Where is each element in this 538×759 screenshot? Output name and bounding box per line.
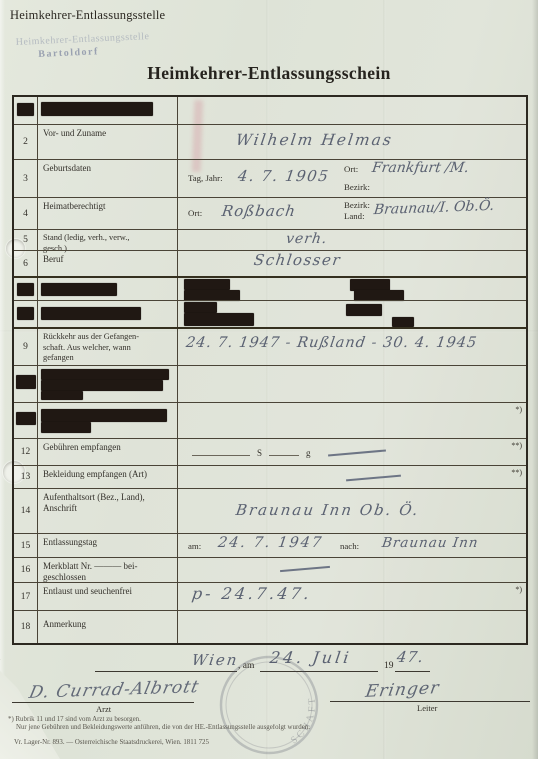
- handwritten-home-town: Roßbach: [221, 202, 297, 220]
- row-number-cell: [14, 301, 38, 327]
- row-label: Gebühren empfangen: [38, 439, 178, 465]
- handwritten-name: Wilhelm Helmas: [235, 131, 394, 149]
- office-ink-stamp: Heimkehrer-Entlassungsstelle Bartoldorf: [16, 31, 151, 62]
- row-label: Anmerkung: [38, 611, 178, 643]
- redaction-box: [392, 317, 414, 327]
- row-number: 3: [14, 160, 38, 197]
- row-number-cell: [14, 97, 38, 124]
- redaction-box: [346, 304, 382, 316]
- footnote-marker: *): [515, 405, 522, 414]
- handwritten-year: 47.: [396, 648, 425, 666]
- redaction-box: [41, 391, 83, 400]
- row-number: 14: [14, 489, 38, 533]
- row-label-cell: [38, 366, 178, 402]
- row-number: 16: [14, 558, 38, 582]
- redaction-box: [16, 412, 36, 425]
- row-number: 18: [14, 611, 38, 643]
- form-title: Heimkehrer-Entlassungsschein: [0, 63, 538, 84]
- row-label: Merkblatt Nr. ——— bei- geschlossen: [38, 558, 178, 582]
- row-label: Vor- und Zuname: [38, 125, 178, 159]
- row-number: 6: [14, 251, 38, 276]
- svg-text:SCHAFT: SCHAFT: [289, 695, 318, 747]
- table-row-5: 5 Stand (ledig, verh., verw., gesch.) ve…: [14, 229, 526, 250]
- round-ink-stamp: SCHAFT: [213, 650, 325, 759]
- row-label: Beruf: [38, 251, 178, 276]
- row-value-cell: p- 24.7.47. *): [178, 583, 526, 610]
- table-row-1: [14, 97, 526, 124]
- row-label: Aufenthaltsort (Bez., Land), Anschrift: [38, 489, 178, 533]
- doctor-signature-line: [12, 702, 194, 703]
- table-row-18: 18 Anmerkung: [14, 610, 526, 643]
- handwritten-birthdate: 4. 7. 1905: [237, 167, 331, 185]
- blank-line: [192, 447, 250, 456]
- redaction-box: [17, 103, 34, 116]
- row-label: Heimatberechtigt: [38, 198, 178, 229]
- row-label-cell: [38, 301, 178, 327]
- row-number: 9: [14, 329, 38, 365]
- row-value-cell: am: 24. 7. 1947 nach: Braunau Inn: [178, 534, 526, 557]
- row-number: 4: [14, 198, 38, 229]
- row-label: Entlassungstag: [38, 534, 178, 557]
- table-row-12: 12 Gebühren empfangen S g **): [14, 438, 526, 465]
- row-label: Stand (ledig, verh., verw., gesch.): [38, 230, 178, 250]
- row-label: Geburtsdaten: [38, 160, 178, 197]
- table-row-9: 9 Rückkehr aus der Gefangen- schaft. Aus…: [14, 327, 526, 365]
- table-row-10: [14, 365, 526, 402]
- field-label: Ort:: [188, 208, 202, 218]
- stamp-arc-text: SCHAFT: [289, 695, 318, 747]
- row-value-cell: [178, 97, 526, 124]
- row-value-cell: [178, 301, 526, 327]
- field-label: Ort:: [344, 164, 358, 174]
- row-label-cell: [38, 278, 178, 300]
- office-heading: Heimkehrer-Entlassungsstelle: [10, 8, 165, 23]
- row-value-cell: Wilhelm Helmas: [178, 125, 526, 159]
- field-label: Bezirk:: [344, 200, 370, 210]
- table-row-6: 6 Beruf Schlosser: [14, 250, 526, 276]
- redaction-box: [41, 102, 153, 116]
- table-row-3: 3 Geburtsdaten Tag, Jahr: 4. 7. 1905 Ort…: [14, 159, 526, 197]
- table-row-17: 17 Entlaust und seuchenfrei p- 24.7.47. …: [14, 582, 526, 610]
- handwritten-dash: [346, 475, 401, 482]
- footnote-marker: **): [511, 441, 522, 450]
- table-row-15: 15 Entlassungstag am: 24. 7. 1947 nach: …: [14, 533, 526, 557]
- row-value-cell: [178, 611, 526, 643]
- row-value-cell: verh.: [178, 230, 526, 250]
- row-value-cell: [178, 278, 526, 300]
- footnote-2: Nur jene Gebühren und Bekleidungswerte a…: [16, 723, 310, 732]
- row-number-cell: [14, 278, 38, 300]
- row-value-cell: Ort: Roßbach Bezirk: Land: Braunau/I. Ob…: [178, 198, 526, 229]
- redaction-box: [184, 279, 230, 290]
- row-number-cell: [14, 403, 38, 438]
- leader-signature: Eringer: [364, 678, 441, 702]
- field-label: am:: [188, 541, 201, 551]
- table-row-16: 16 Merkblatt Nr. ——— bei- geschlossen: [14, 557, 526, 582]
- table-row-2: 2 Vor- und Zuname Wilhelm Helmas: [14, 124, 526, 159]
- print-note: Vr. Lager-Nr. 893. — Österreichische Sta…: [14, 738, 209, 747]
- row-label-cell: [38, 97, 178, 124]
- table-row-13: 13 Bekleidung empfangen (Art) **): [14, 465, 526, 488]
- row-number: 13: [14, 466, 38, 488]
- redaction-box: [16, 375, 36, 389]
- field-label: nach:: [340, 541, 359, 551]
- table-row-4: 4 Heimatberechtigt Ort: Roßbach Bezirk: …: [14, 197, 526, 229]
- field-label: Tag, Jahr:: [188, 173, 223, 183]
- row-label: Entlaust und seuchenfrei: [38, 583, 178, 610]
- row-number: 2: [14, 125, 38, 159]
- handwritten-profession: Schlosser: [253, 251, 343, 269]
- redaction-box: [41, 369, 169, 380]
- form-table: 2 Vor- und Zuname Wilhelm Helmas 3 Gebur…: [12, 95, 528, 645]
- handwritten-dash: [328, 449, 386, 456]
- groschen-label: g: [306, 448, 311, 458]
- scan-edge: [0, 0, 5, 759]
- table-row-8: [14, 300, 526, 327]
- scan-edge: [532, 0, 538, 759]
- handwritten-dash: [280, 566, 330, 572]
- handwritten-residence: Braunau Inn Ob. Ö.: [235, 501, 421, 519]
- redaction-box: [41, 283, 117, 296]
- row-number: 17: [14, 583, 38, 610]
- year-underline: [395, 671, 430, 672]
- footnote-marker: **): [511, 468, 522, 477]
- handwritten-home-district: Braunau/I. Ob.Ö.: [373, 198, 495, 218]
- leader-role-label: Leiter: [417, 703, 437, 713]
- row-label-cell: [38, 403, 178, 438]
- row-value-cell: Braunau Inn Ob. Ö.: [178, 489, 526, 533]
- field-label: Bezirk:: [344, 182, 370, 192]
- row-value-cell: S g **): [178, 439, 526, 465]
- handwritten-discharge-destination: Braunau Inn: [381, 535, 480, 551]
- row-value-cell: **): [178, 466, 526, 488]
- footnote-marker: *): [515, 585, 522, 594]
- row-value-cell: *): [178, 403, 526, 438]
- redaction-box: [41, 380, 163, 391]
- blank-line: [269, 447, 299, 456]
- redaction-box: [17, 307, 34, 320]
- row-value-cell: [178, 558, 526, 582]
- table-row-7: [14, 276, 526, 300]
- handwritten-discharge-date: 24. 7. 1947: [217, 535, 324, 551]
- table-row-11: *): [14, 402, 526, 438]
- handwritten-marital-status: verh.: [285, 231, 329, 247]
- redaction-box: [184, 313, 254, 326]
- field-label: Land:: [344, 211, 365, 221]
- redaction-box: [17, 283, 34, 296]
- row-number-cell: [14, 366, 38, 402]
- fee-blanks: S g: [192, 447, 311, 458]
- row-number: 15: [14, 534, 38, 557]
- redaction-box: [41, 307, 141, 320]
- row-label: Bekleidung empfangen (Art): [38, 466, 178, 488]
- redaction-box: [41, 409, 167, 422]
- row-value-cell: Tag, Jahr: 4. 7. 1905 Ort: Frankfurt /M.…: [178, 160, 526, 197]
- row-value-cell: Schlosser: [178, 251, 526, 276]
- schilling-label: S: [257, 448, 262, 458]
- handwritten-return-info: 24. 7. 1947 - Rußland - 30. 4. 1945: [185, 335, 478, 351]
- doctor-signature: D. Currad-Albrott: [27, 677, 201, 703]
- row-value-cell: 24. 7. 1947 - Rußland - 30. 4. 1945: [178, 329, 526, 365]
- row-value-cell: [178, 366, 526, 402]
- table-row-14: 14 Aufenthaltsort (Bez., Land), Anschrif…: [14, 488, 526, 533]
- year-prefix: 19: [384, 661, 394, 671]
- handwritten-delousing-date: p- 24.7.47.: [191, 584, 314, 603]
- row-number: 12: [14, 439, 38, 465]
- handwritten-birthplace: Frankfurt /M.: [371, 160, 470, 176]
- leader-signature-line: [330, 701, 530, 702]
- doctor-role-label: Arzt: [96, 704, 111, 714]
- row-label: Rückkehr aus der Gefangen- schaft. Aus w…: [38, 329, 178, 365]
- redaction-box: [184, 302, 217, 313]
- row-number: 5: [14, 230, 38, 250]
- redaction-box: [41, 422, 91, 433]
